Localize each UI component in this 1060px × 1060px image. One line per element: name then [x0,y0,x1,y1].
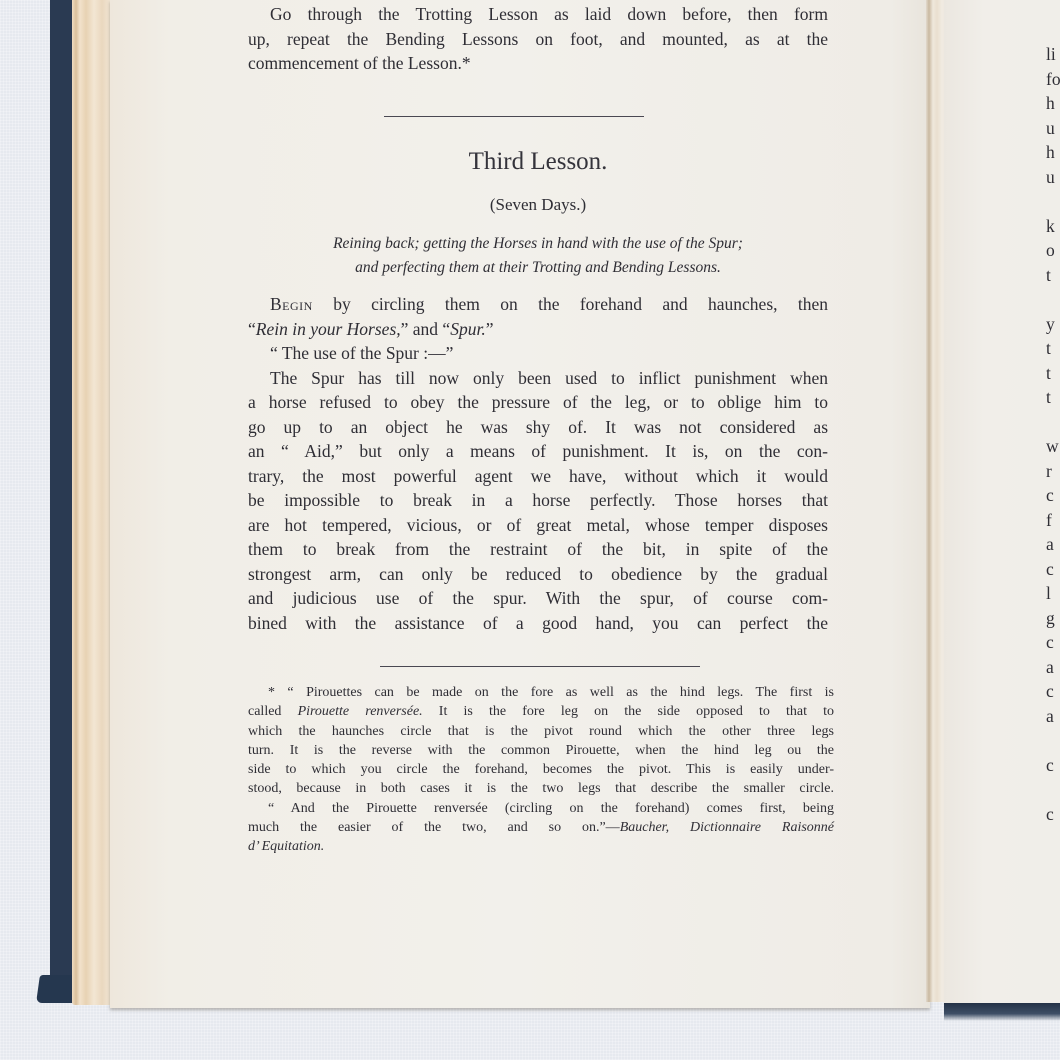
footnote-line: stood, because in both cases it is the t… [248,779,834,798]
book-cover-bottom [944,1003,1060,1021]
fragment: t [1046,336,1060,361]
text-line: them to break from the restraint of the … [248,537,828,562]
fragment: u [1046,165,1060,190]
text-line: Begin by circling them on the forehand a… [248,292,828,317]
citation: Baucher, Dictionnaire Raisonné [620,820,834,835]
text-line: The Spur has till now only been used to … [248,366,828,391]
text-line: strongest arm, can only be reduced to ob… [248,562,828,587]
text-fragment: by circling them on the forehand and hau… [333,294,828,314]
footnote-line: much the easier of the two, and so on.”—… [248,818,834,837]
fragment: a [1046,704,1060,729]
footnote: * “ Pirouettes can be made on the fore a… [248,683,834,857]
text-fragment: much the easier of the two, and so on.”— [248,820,620,835]
fragment: a [1046,532,1060,557]
fragment: g [1046,606,1060,631]
text-line: trary, the most powerful agent we have, … [248,464,828,489]
text-line: and judicious use of the spur. With the … [248,586,828,611]
text-line: “ The use of the Spur :—” [248,341,828,366]
book-gutter [926,0,946,1002]
section-subtitle: (Seven Days.) [248,195,828,215]
fragment: t [1046,263,1060,288]
text-line: Go through the Trotting Lesson as laid d… [248,2,828,27]
text-fragment: ” and “ [401,319,451,339]
fragment: c [1046,802,1060,827]
text-fragment: ” [486,319,494,339]
argument-line: Reining back; getting the Horses in hand… [244,232,832,256]
fragment: r [1046,459,1060,484]
fragment: l [1046,581,1060,606]
fragment: c [1046,753,1060,778]
fragment: h [1046,91,1060,116]
fragment: f [1046,508,1060,533]
book-cover-corner [36,975,76,1003]
section-divider [384,116,644,117]
footnote-line: called Pirouette renversée. It is the fo… [248,702,834,721]
fragment: c [1046,679,1060,704]
footnote-line: turn. It is the reverse with the common … [248,741,834,760]
fragment: w [1046,434,1060,459]
fragment: c [1046,483,1060,508]
opening-paragraph: foot. Go through the Trotting Lesson as … [248,0,828,76]
footnote-line: side to which you circle the forehand, b… [248,760,834,779]
footnote-line: d’ Equitation. [248,837,834,856]
begin-word: Begin [270,294,313,314]
text-fragment: called [248,704,298,719]
fragment [1046,777,1060,802]
fragment: t [1046,361,1060,386]
fragment [1046,287,1060,312]
fragment: o [1046,238,1060,263]
footnote-line: which the haunches circle that is the pi… [248,722,834,741]
footnote-divider [380,666,700,667]
section-argument: Reining back; getting the Horses in hand… [244,232,832,280]
footnote-line: * “ Pirouettes can be made on the fore a… [248,683,834,702]
text-line: a horse refused to obey the pressure of … [248,390,828,415]
section-title: Third Lesson. [248,148,828,176]
text-line: bined with the assistance of a good hand… [248,611,828,636]
italic-term: Pirouette renversée. [298,704,423,719]
fragment: k [1046,214,1060,239]
text-line: “Rein in your Horses,” and “Spur.” [248,317,828,342]
text-fragment: “ [248,319,256,339]
text-line: commencement of the Lesson.* [248,51,828,76]
text-line: an “ Aid,” but only a means of punishmen… [248,439,828,464]
text-line: are hot tempered, vicious, or of great m… [248,513,828,538]
fragment: h [1046,140,1060,165]
text-line: go up to an object he was shy of. It was… [248,415,828,440]
fragment: u [1046,116,1060,141]
footnote-line: “ And the Pirouette renversée (circling … [248,799,834,818]
fragment: t [1046,385,1060,410]
fragment: a [1046,655,1060,680]
italic-command: Spur. [450,319,486,339]
fragment [1046,728,1060,753]
text-line: be impossible to break in a horse perfec… [248,488,828,513]
fragment: c [1046,630,1060,655]
argument-line: and perfecting them at their Trotting an… [244,256,832,280]
italic-command: Rein in your Horses, [256,319,401,339]
right-page [944,0,1060,1006]
body-text: Begin by circling them on the forehand a… [248,292,828,635]
fragment: c [1046,557,1060,582]
text-fragment: It is the fore leg on the side opposed t… [423,704,834,719]
text-line: up, repeat the Bending Lessons on foot, … [248,27,828,52]
fragment [1046,410,1060,435]
fragment [1046,189,1060,214]
citation: d’ Equitation. [248,839,324,854]
fragment: fo [1046,67,1060,92]
right-page-text-fragments: li fo h u h u k o t y t t t w r c f a c … [1046,42,1060,826]
fragment: li [1046,42,1060,67]
fragment: y [1046,312,1060,337]
